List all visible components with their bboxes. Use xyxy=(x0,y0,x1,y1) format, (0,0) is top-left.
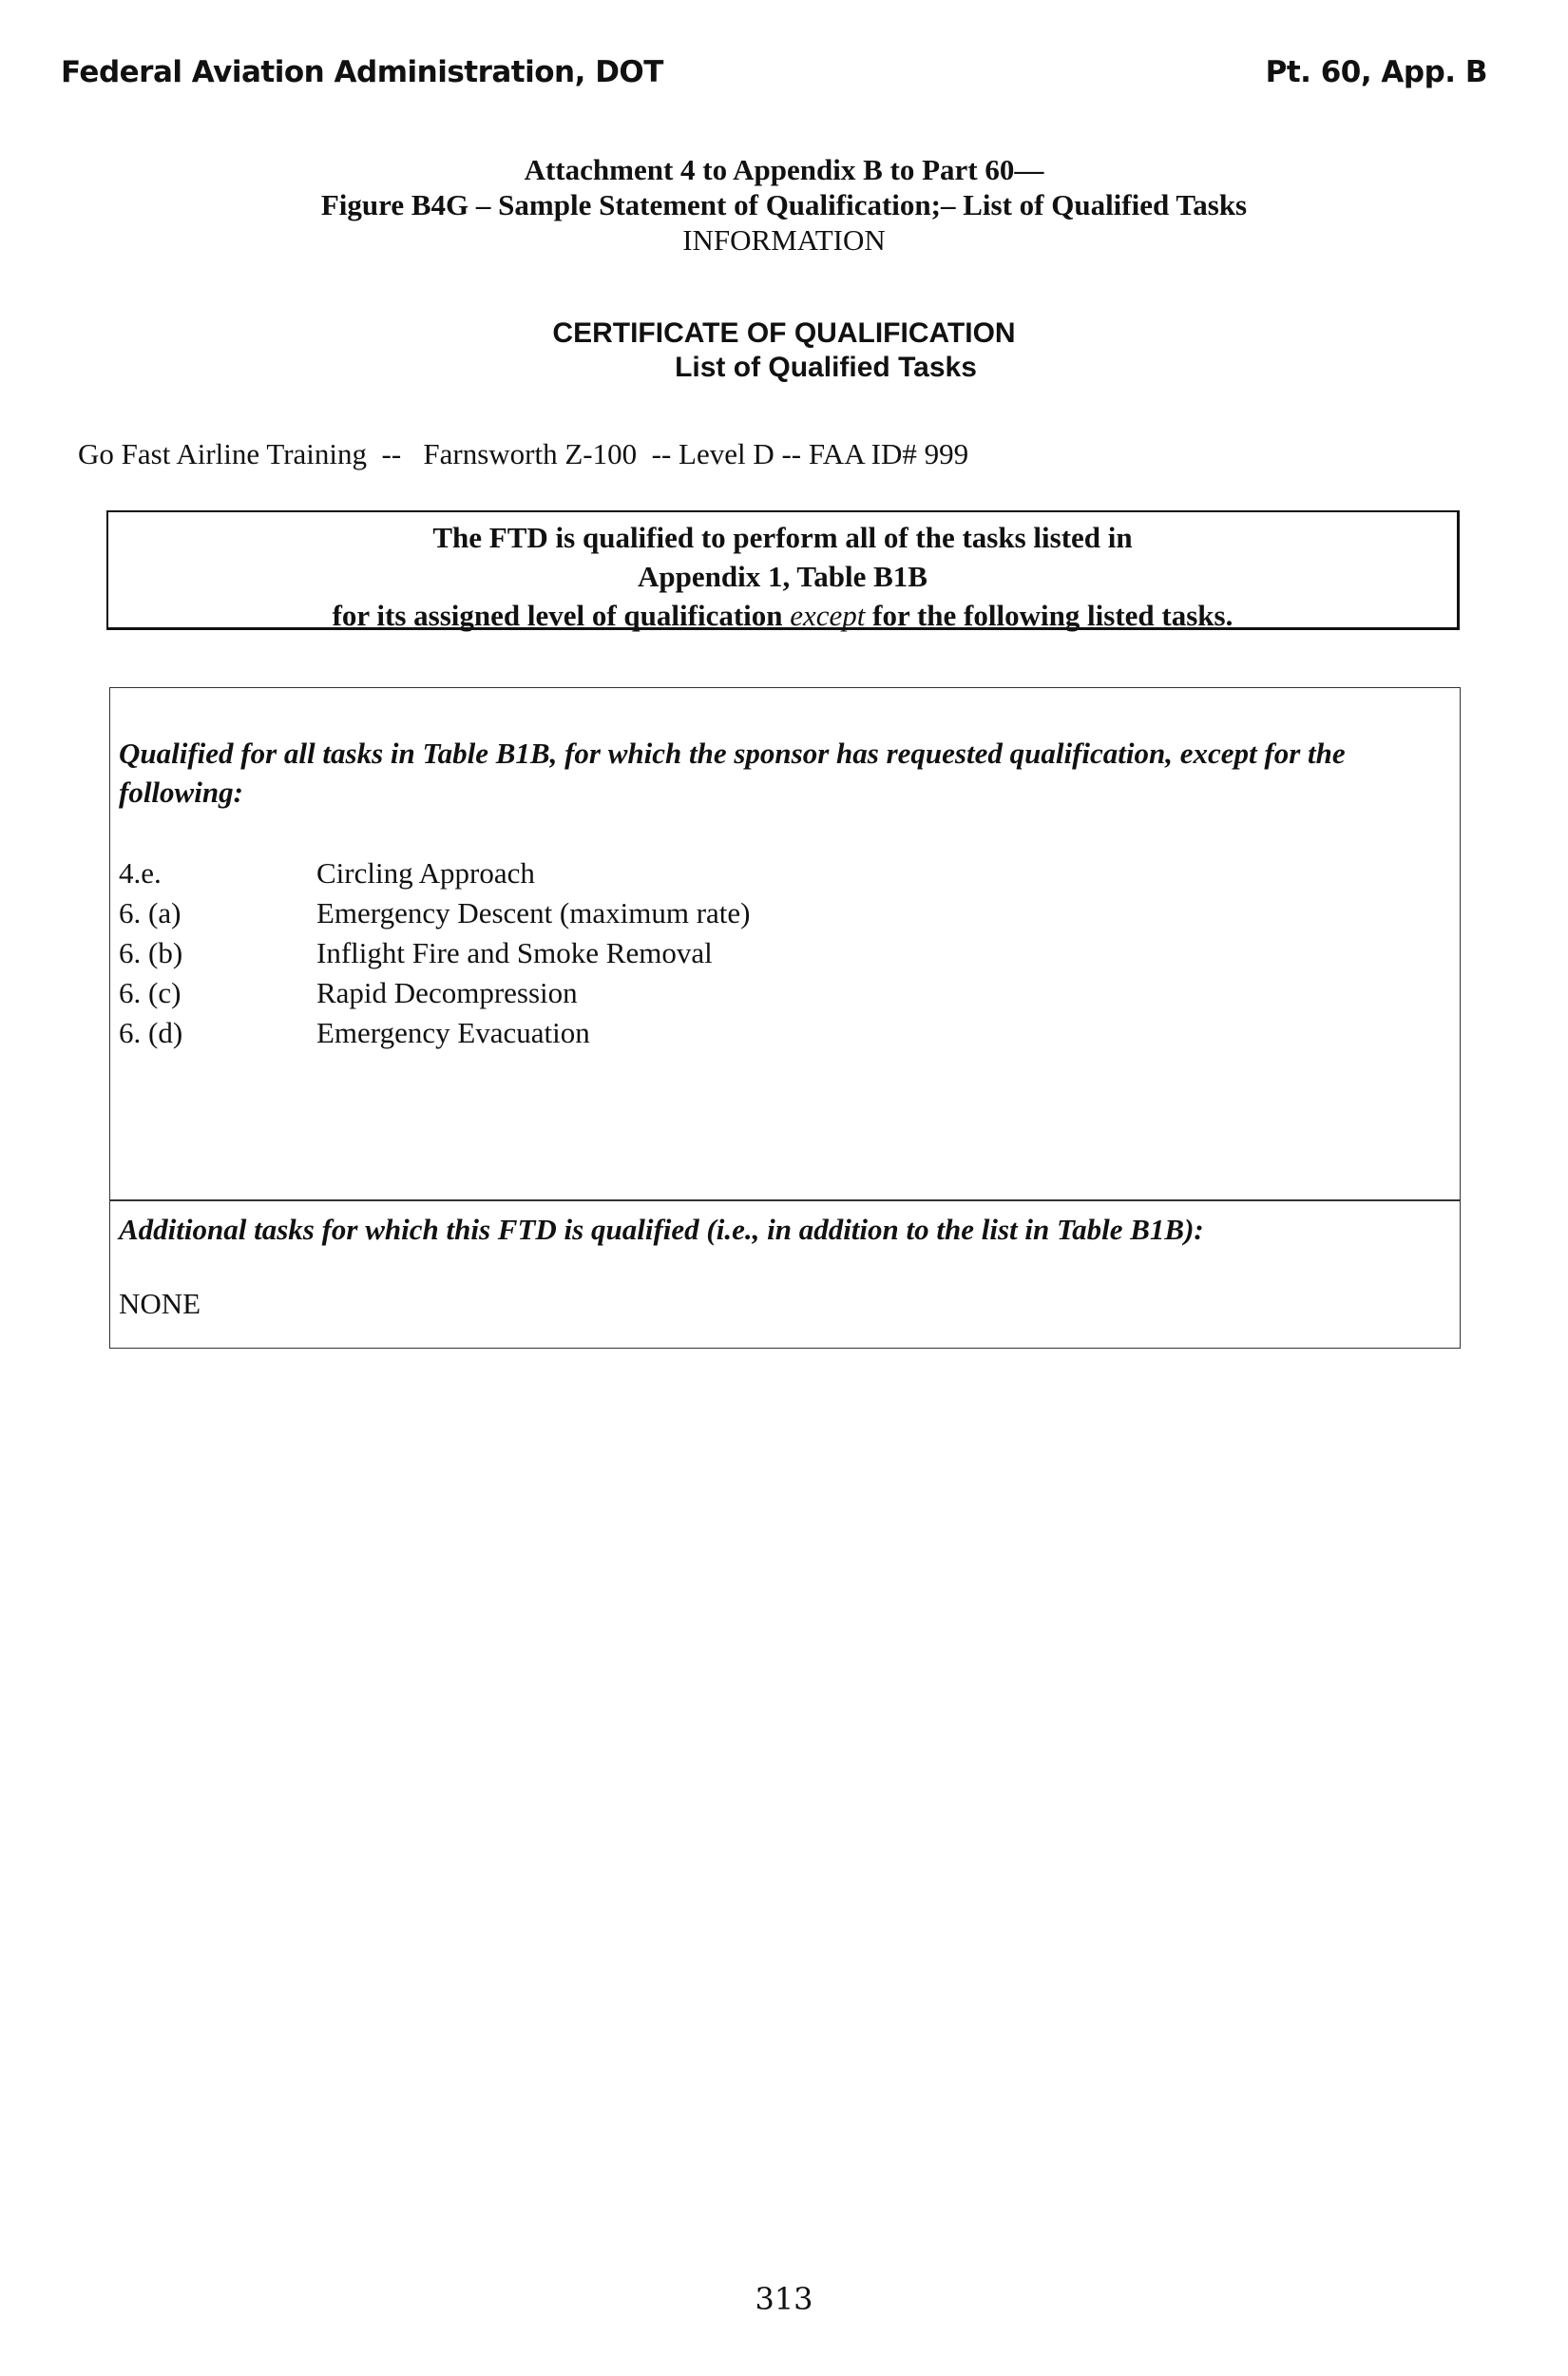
statement-line-1: The FTD is qualified to perform all of t… xyxy=(108,518,1457,557)
task-row: 6. (a)Emergency Descent (maximum rate) xyxy=(119,893,751,933)
task-code: 6. (b) xyxy=(119,933,316,973)
certificate-subheading: List of Qualified Tasks xyxy=(0,351,1568,385)
qualification-statement-box: The FTD is qualified to perform all of t… xyxy=(106,510,1460,630)
task-name: Inflight Fire and Smoke Removal xyxy=(316,933,713,973)
task-row: 6. (b)Inflight Fire and Smoke Removal xyxy=(119,933,751,973)
running-header-agency: Federal Aviation Administration, DOT xyxy=(61,55,663,89)
task-row: 6. (c)Rapid Decompression xyxy=(119,973,751,1013)
task-code: 6. (a) xyxy=(119,893,316,933)
excepted-task-list: 4.e.Circling Approach6. (a)Emergency Des… xyxy=(119,853,751,1053)
statement-line-2: Appendix 1, Table B1B xyxy=(108,557,1457,596)
page-number: 313 xyxy=(0,2281,1568,2317)
certificate-heading: CERTIFICATE OF QUALIFICATION xyxy=(0,316,1568,351)
task-name: Circling Approach xyxy=(316,853,535,893)
task-row: 6. (d)Emergency Evacuation xyxy=(119,1013,751,1053)
certificate-heading-block: CERTIFICATE OF QUALIFICATION List of Qua… xyxy=(0,316,1568,385)
attachment-title: Attachment 4 to Appendix B to Part 60— xyxy=(0,152,1568,187)
task-name: Emergency Descent (maximum rate) xyxy=(316,893,751,933)
task-name: Rapid Decompression xyxy=(316,973,578,1013)
task-row: 4.e.Circling Approach xyxy=(119,853,751,893)
task-code: 4.e. xyxy=(119,853,316,893)
additional-tasks-heading: Additional tasks for which this FTD is q… xyxy=(119,1211,1204,1249)
statement-text: for the following listed tasks. xyxy=(865,599,1233,632)
figure-caption: Figure B4G – Sample Statement of Qualifi… xyxy=(0,187,1568,222)
information-label: INFORMATION xyxy=(0,222,1568,258)
additional-tasks-value: NONE xyxy=(119,1287,201,1321)
task-exceptions-box: Qualified for all tasks in Table B1B, fo… xyxy=(109,687,1461,1349)
task-code: 6. (c) xyxy=(119,973,316,1013)
task-name: Emergency Evacuation xyxy=(316,1013,590,1053)
statement-line-3: for its assigned level of qualification … xyxy=(108,596,1457,635)
running-header-part: Pt. 60, App. B xyxy=(1266,55,1487,89)
task-code: 6. (d) xyxy=(119,1013,316,1053)
figure-title: Attachment 4 to Appendix B to Part 60— F… xyxy=(0,152,1568,258)
statement-emphasis: except xyxy=(790,599,865,632)
statement-text: for its assigned level of qualification xyxy=(333,599,791,632)
sponsor-identification: Go Fast Airline Training -- Farnsworth Z… xyxy=(78,437,968,471)
exceptions-intro: Qualified for all tasks in Table B1B, fo… xyxy=(119,734,1450,812)
section-divider xyxy=(110,1199,1460,1201)
